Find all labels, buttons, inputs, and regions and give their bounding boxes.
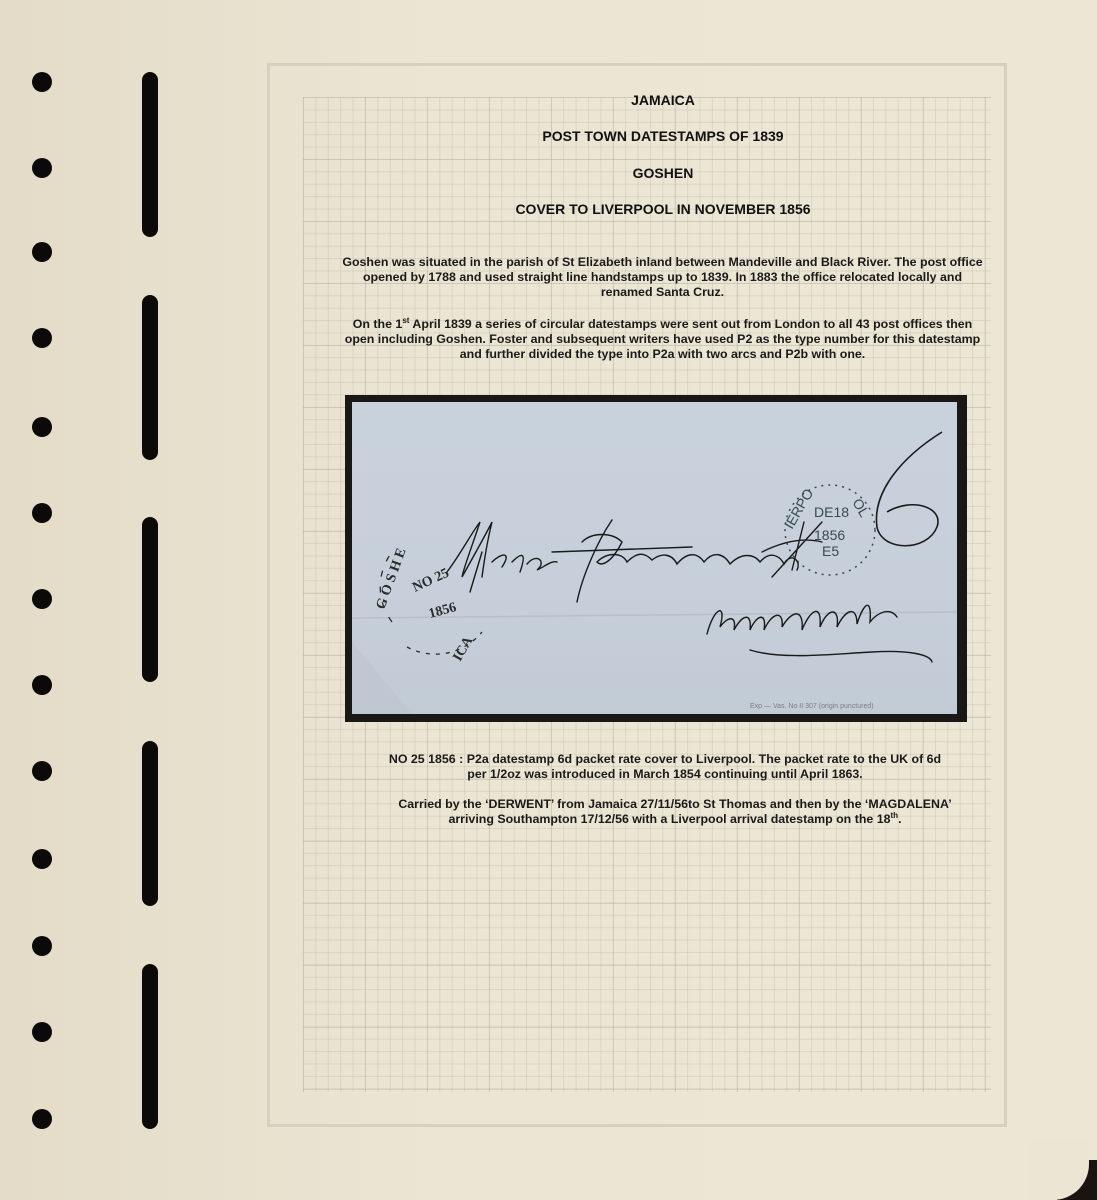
binder-hole: [32, 328, 52, 348]
town-heading: GOSHEN: [303, 165, 1023, 181]
svg-text:DE18: DE18: [814, 504, 849, 520]
album-page: JAMAICA POST TOWN DATESTAMPS OF 1839 GOS…: [0, 0, 1097, 1200]
binder-slot: [142, 295, 158, 460]
svg-text:G O S H E: G O S H E: [374, 546, 410, 611]
binder-hole: [32, 72, 52, 92]
binder-hole: [32, 589, 52, 609]
binder-hole: [32, 675, 52, 695]
binder-slot: [142, 72, 158, 237]
binder-slot: [142, 964, 158, 1129]
binder-hole: [32, 417, 52, 437]
binder-slot: [142, 741, 158, 906]
svg-text:1856: 1856: [427, 600, 458, 622]
postal-cover-image: G O S H E NO 25 1856 ICA IERPO OL DE18 1…: [352, 402, 957, 714]
binder-slot: [142, 517, 158, 682]
item-heading: COVER TO LIVERPOOL IN NOVEMBER 1856: [303, 201, 1023, 217]
svg-text:OL: OL: [849, 496, 872, 520]
pencil-annotation: Exp — Vas. No II 307 (origin punctured): [750, 703, 874, 710]
description-paragraph-2: Carried by the ‘DERWENT’ from Jamaica 27…: [380, 797, 970, 827]
intro-paragraph-2: On the 1st April 1839 a series of circul…: [340, 317, 985, 362]
binder-hole: [32, 503, 52, 523]
binder-hole: [32, 936, 52, 956]
svg-text:NO 25: NO 25: [410, 566, 451, 596]
binder-hole: [32, 1022, 52, 1042]
binder-hole: [32, 1109, 52, 1129]
svg-text:IERPO: IERPO: [781, 486, 817, 532]
intro-paragraph-1: Goshen was situated in the parish of St …: [340, 255, 985, 300]
description-paragraph-1: NO 25 1856 : P2a datestamp 6d packet rat…: [380, 752, 950, 782]
binder-hole: [32, 242, 52, 262]
page-subtitle: POST TOWN DATESTAMPS OF 1839: [303, 128, 1023, 144]
binder-hole: [32, 849, 52, 869]
page-title: JAMAICA: [303, 92, 1023, 108]
binder-hole: [32, 761, 52, 781]
binder-hole: [32, 158, 52, 178]
svg-text:E5: E5: [822, 543, 839, 559]
svg-text:ICA: ICA: [450, 633, 476, 664]
cover-illustration: G O S H E NO 25 1856 ICA IERPO OL DE18 1…: [352, 402, 957, 714]
